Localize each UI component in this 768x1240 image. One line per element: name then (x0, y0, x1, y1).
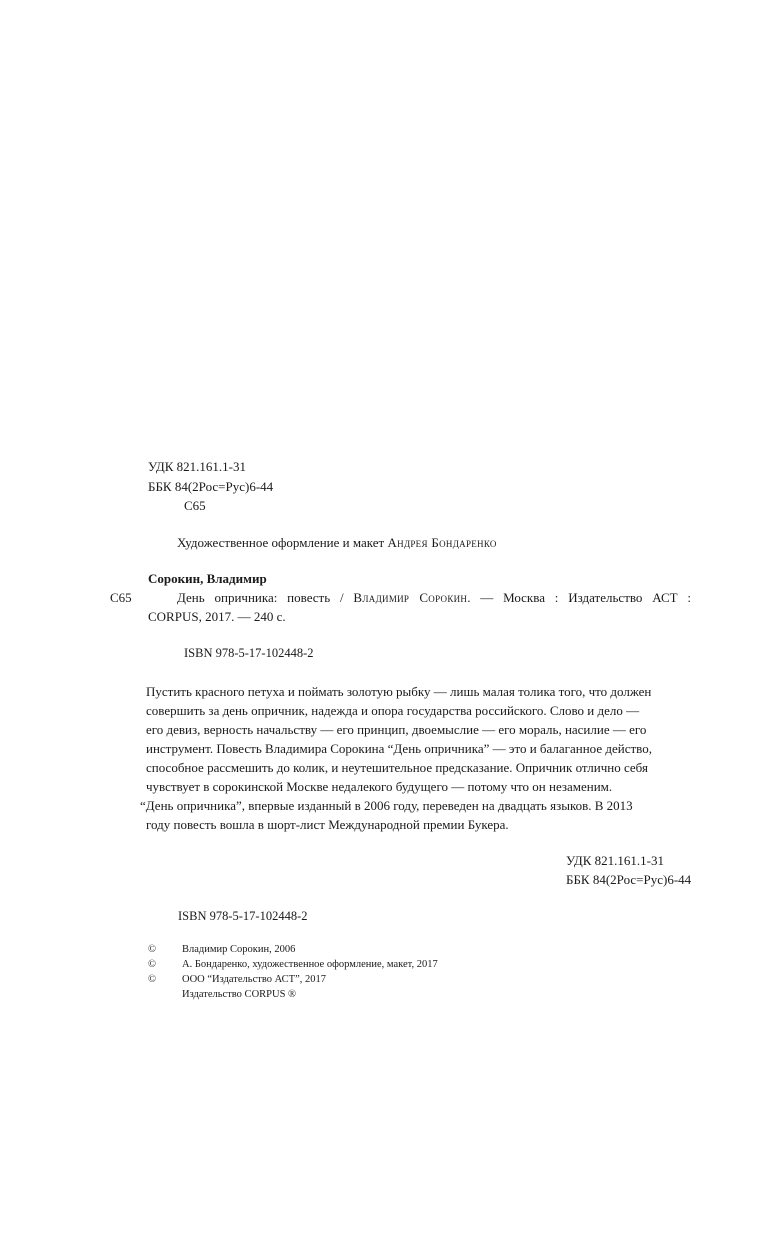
copyright-text: Владимир Сорокин, 2006 (182, 944, 295, 955)
bbk-code: ББК 84(2Рос=Рус)6-44 (148, 478, 273, 496)
publisher-trademark: Издательство CORPUS ® (182, 989, 296, 1000)
catalog-author: Владимир Сорокин (353, 590, 467, 605)
copyright-text: ООО “Издательство АСТ”, 2017 (182, 974, 326, 985)
bottom-udk-code: УДК 821.161.1-31 (566, 852, 664, 870)
catalog-heading: Сорокин, Владимир (148, 570, 267, 588)
copyright-row: ©Владимир Сорокин, 2006 (148, 942, 295, 957)
annotation-line: его девиз, верность начальству — его при… (146, 720, 692, 739)
copyright-row: ©ООО “Издательство АСТ”, 2017 (148, 972, 326, 987)
annotation-line: совершить за день опричник, надежда и оп… (146, 701, 692, 720)
catalog-title: День опричника: повесть / (177, 590, 353, 605)
copyright-icon: © (148, 972, 182, 987)
annotation-line: Пустить красного петуха и поймать золоту… (146, 682, 692, 701)
design-credit-name: Андрея Бондаренко (387, 535, 496, 550)
catalog-line-2: CORPUS, 2017. — 240 с. (148, 608, 286, 626)
author-mark: С65 (184, 497, 206, 515)
annotation-line: чувствует в сорокинской Москве недалеког… (146, 777, 692, 796)
copyright-icon: © (148, 957, 182, 972)
copyright-text: А. Бондаренко, художественное оформление… (182, 959, 438, 970)
copyright-icon: © (148, 942, 182, 957)
copyright-row: Издательство CORPUS ® (148, 987, 296, 1002)
annotation-line: способное рассмешить до колик, и неутеши… (146, 758, 692, 777)
annotation-line: “День опричника”, впервые изданный в 200… (140, 796, 692, 815)
design-credit-prefix: Художественное оформление и макет (177, 535, 387, 550)
catalog-line-1: День опричника: повесть / Владимир Сорок… (177, 589, 691, 607)
annotation-line: году повесть вошла в шорт-лист Междунаро… (146, 815, 692, 834)
design-credit: Художественное оформление и макет Андрея… (177, 534, 497, 552)
copyright-row: ©А. Бондаренко, художественное оформлени… (148, 957, 438, 972)
annotation-line: инструмент. Повесть Владимира Сорокина “… (146, 739, 692, 758)
udk-code: УДК 821.161.1-31 (148, 458, 246, 476)
catalog-isbn: ISBN 978-5-17-102448-2 (184, 644, 314, 662)
isbn: ISBN 978-5-17-102448-2 (178, 907, 308, 925)
bottom-bbk-code: ББК 84(2Рос=Рус)6-44 (566, 871, 691, 889)
catalog-author-mark: С65 (110, 589, 132, 607)
annotation: Пустить красного петуха и поймать золоту… (146, 682, 692, 834)
catalog-publisher: . — Москва : Издательство АСТ : (467, 590, 691, 605)
